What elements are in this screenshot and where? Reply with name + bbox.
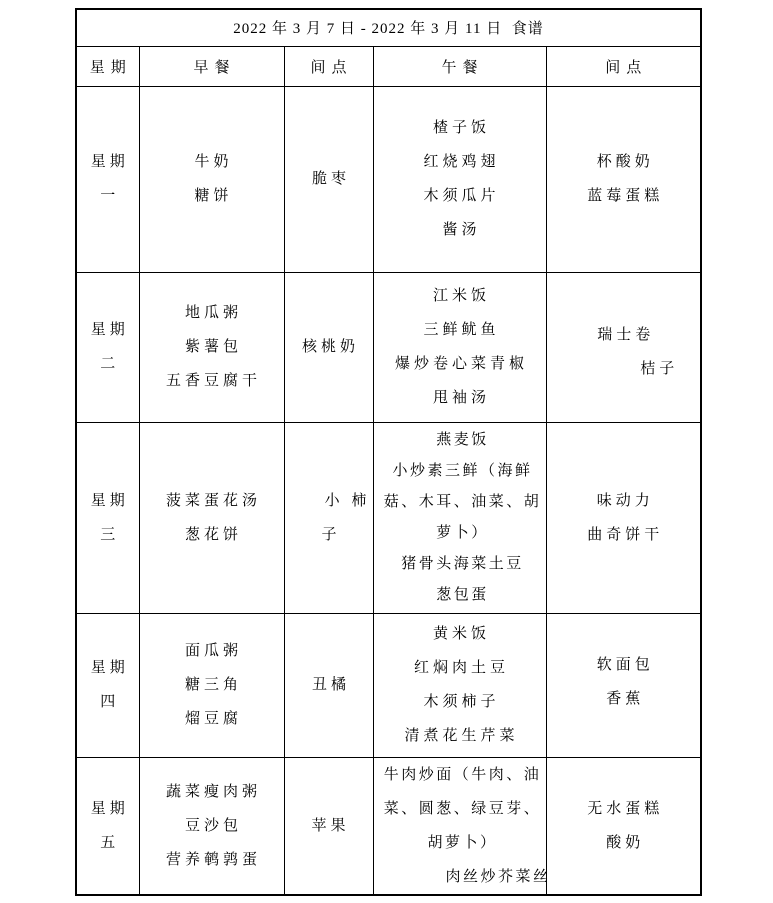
cell-friday-breakfast: 蔬菜瘦肉粥 豆沙包 营养鹌鹑蛋 (139, 757, 284, 895)
menu-line: 面瓜粥 (140, 634, 284, 668)
title-row: 2022 年 3 月 7 日 - 2022 年 3 月 11 日 食谱 (76, 9, 701, 46)
cell-friday-snack-pm: 无水蛋糕 酸奶 (546, 757, 701, 895)
cell-thursday-breakfast: 面瓜粥 糖三角 熘豆腐 (139, 613, 284, 757)
menu-line: 牛肉炒面（牛肉、油 (374, 758, 546, 792)
menu-line: 脆枣 (285, 162, 373, 196)
menu-line: 豆沙包 (140, 809, 284, 843)
day-line: 星期 (77, 145, 139, 179)
menu-line: 糖三角 (140, 668, 284, 702)
document-page: 2022 年 3 月 7 日 - 2022 年 3 月 11 日 食谱 星期 早… (0, 0, 773, 903)
cell-wednesday-day: 星期 三 (76, 422, 139, 613)
cell-monday-snack-pm: 杯酸奶 蓝莓蛋糕 (546, 86, 701, 272)
menu-line: 子 (285, 518, 373, 552)
menu-line: 红烧鸡翅 (374, 145, 546, 179)
day-line: 一 (77, 179, 139, 213)
menu-line: 苹果 (285, 809, 373, 843)
header-cell-snack-am: 间点 (284, 46, 373, 86)
cell-monday-day: 星期 一 (76, 86, 139, 272)
menu-line: 糖饼 (140, 179, 284, 213)
cell-wednesday-snack-pm: 味动力 曲奇饼干 (546, 422, 701, 613)
cell-wednesday-lunch: 燕麦饭 小炒素三鲜（海鲜 菇、木耳、油菜、胡 萝卜） 猪骨头海菜土豆 葱包蛋 (373, 422, 546, 613)
cell-tuesday-snack-pm: 瑞士卷 桔子 (546, 272, 701, 422)
day-line: 四 (77, 685, 139, 719)
menu-line: 菠菜蛋花汤 (140, 484, 284, 518)
cell-monday-snack-am: 脆枣 (284, 86, 373, 272)
weekly-menu-table: 2022 年 3 月 7 日 - 2022 年 3 月 11 日 食谱 星期 早… (75, 8, 702, 896)
cell-friday-snack-am: 苹果 (284, 757, 373, 895)
menu-line: 楂子饭 (374, 111, 546, 145)
menu-line: 牛奶 (140, 145, 284, 179)
cell-wednesday-breakfast: 菠菜蛋花汤 葱花饼 (139, 422, 284, 613)
menu-line: 燕麦饭 (374, 425, 546, 456)
cell-tuesday-day: 星期 二 (76, 272, 139, 422)
row-thursday: 星期 四 面瓜粥 糖三角 熘豆腐 丑橘 黄米饭 红焖肉土豆 木须柿子 清煮花生芹… (76, 613, 701, 757)
cell-tuesday-snack-am: 核桃奶 (284, 272, 373, 422)
menu-line: 胡萝卜） (374, 826, 546, 860)
day-line: 星期 (77, 651, 139, 685)
row-monday: 星期 一 牛奶 糖饼 脆枣 楂子饭 红烧鸡翅 木须瓜片 酱汤 杯酸奶 蓝莓蛋糕 (76, 86, 701, 272)
cell-thursday-day: 星期 四 (76, 613, 139, 757)
cell-thursday-snack-am: 丑橘 (284, 613, 373, 757)
menu-line: 杯酸奶 (547, 145, 701, 179)
menu-line: 木须柿子 (374, 685, 546, 719)
cell-monday-breakfast: 牛奶 糖饼 (139, 86, 284, 272)
menu-line: 菇、木耳、油菜、胡 (374, 487, 546, 518)
header-cell-lunch: 午餐 (373, 46, 546, 86)
menu-line: 紫薯包 (140, 330, 284, 364)
menu-line: 小 柿 (285, 484, 373, 518)
menu-line: 菜、圆葱、绿豆芽、 (374, 792, 546, 826)
menu-line: 酱汤 (374, 213, 546, 247)
cell-thursday-lunch: 黄米饭 红焖肉土豆 木须柿子 清煮花生芹菜 (373, 613, 546, 757)
menu-line: 地瓜粥 (140, 296, 284, 330)
menu-line: 核桃奶 (285, 330, 373, 364)
menu-line: 黄米饭 (374, 617, 546, 651)
menu-line: 丑橘 (285, 668, 373, 702)
day-line: 星期 (77, 792, 139, 826)
menu-line: 桔子 (547, 352, 701, 386)
menu-line: 清煮花生芹菜 (374, 719, 546, 753)
menu-line: 小炒素三鲜（海鲜 (374, 456, 546, 487)
menu-line: 爆炒卷心菜青椒 (374, 347, 546, 381)
cell-thursday-snack-pm: 软面包 香蕉 (546, 613, 701, 757)
menu-line: 酸奶 (547, 826, 701, 860)
menu-line: 香蕉 (547, 682, 701, 716)
table-title-cell: 2022 年 3 月 7 日 - 2022 年 3 月 11 日 食谱 (76, 9, 701, 46)
row-wednesday: 星期 三 菠菜蛋花汤 葱花饼 小 柿 子 燕麦饭 小炒素三鲜（海鲜 菇、木耳、油… (76, 422, 701, 613)
menu-line: 葱花饼 (140, 518, 284, 552)
menu-line: 无水蛋糕 (547, 792, 701, 826)
day-line: 三 (77, 518, 139, 552)
row-friday: 星期 五 蔬菜瘦肉粥 豆沙包 营养鹌鹑蛋 苹果 牛肉炒面（牛肉、油 菜、圆葱、绿… (76, 757, 701, 895)
menu-line: 三鲜鱿鱼 (374, 313, 546, 347)
menu-line: 营养鹌鹑蛋 (140, 843, 284, 877)
header-row: 星期 早餐 间点 午餐 间点 (76, 46, 701, 86)
cell-monday-lunch: 楂子饭 红烧鸡翅 木须瓜片 酱汤 (373, 86, 546, 272)
menu-line: 软面包 (547, 648, 701, 682)
cell-wednesday-snack-am: 小 柿 子 (284, 422, 373, 613)
cell-friday-day: 星期 五 (76, 757, 139, 895)
menu-line: 蓝莓蛋糕 (547, 179, 701, 213)
page-title: 2022 年 3 月 7 日 - 2022 年 3 月 11 日 食谱 (77, 17, 700, 38)
day-line: 二 (77, 347, 139, 381)
header-cell-snack-pm: 间点 (546, 46, 701, 86)
menu-line: 五香豆腐干 (140, 364, 284, 398)
menu-line: 甩袖汤 (374, 381, 546, 415)
day-line: 星期 (77, 313, 139, 347)
menu-line: 红焖肉土豆 (374, 651, 546, 685)
menu-line: 熘豆腐 (140, 702, 284, 736)
menu-line: 木须瓜片 (374, 179, 546, 213)
row-tuesday: 星期 二 地瓜粥 紫薯包 五香豆腐干 核桃奶 江米饭 三鲜鱿鱼 爆炒卷心菜青椒 … (76, 272, 701, 422)
menu-line: 萝卜） (374, 518, 546, 549)
cell-tuesday-breakfast: 地瓜粥 紫薯包 五香豆腐干 (139, 272, 284, 422)
day-line: 星期 (77, 484, 139, 518)
menu-line: 猪骨头海菜土豆 (374, 549, 546, 580)
cell-friday-lunch: 牛肉炒面（牛肉、油 菜、圆葱、绿豆芽、 胡萝卜） 肉丝炒芥菜丝 (373, 757, 546, 895)
menu-line: 葱包蛋 (374, 580, 546, 611)
menu-line: 江米饭 (374, 279, 546, 313)
menu-line: 曲奇饼干 (547, 518, 701, 552)
menu-line: 瑞士卷 (547, 318, 701, 352)
menu-line: 蔬菜瘦肉粥 (140, 775, 284, 809)
cell-tuesday-lunch: 江米饭 三鲜鱿鱼 爆炒卷心菜青椒 甩袖汤 (373, 272, 546, 422)
day-line: 五 (77, 826, 139, 860)
header-cell-breakfast: 早餐 (139, 46, 284, 86)
menu-line: 肉丝炒芥菜丝 (374, 860, 546, 894)
header-cell-weekday: 星期 (76, 46, 139, 86)
menu-line: 味动力 (547, 484, 701, 518)
